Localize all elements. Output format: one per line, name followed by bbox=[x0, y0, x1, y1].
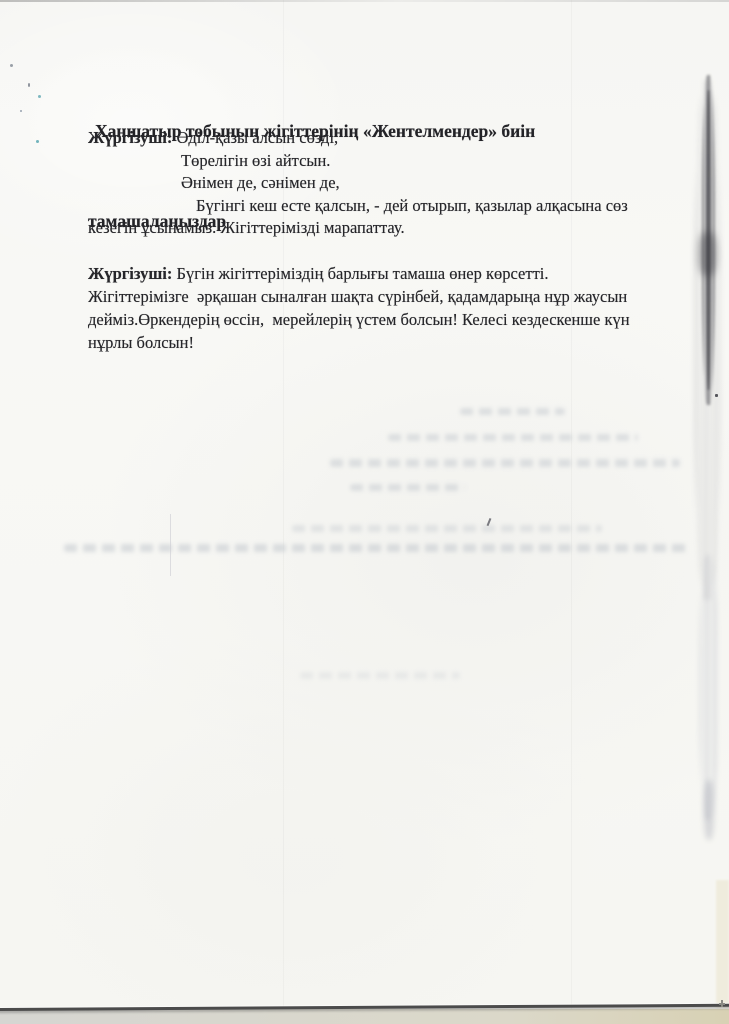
scan-speck bbox=[20, 110, 22, 112]
scanned-document-page: Ханшатыр тобының жігіттерінің «Жентелмен… bbox=[0, 0, 729, 1024]
bleedthrough-artifact bbox=[292, 525, 602, 532]
bleedthrough-artifact bbox=[300, 672, 460, 679]
bleedthrough-artifact bbox=[388, 434, 638, 441]
paragraph-line: Жүргізуші: Бүгін жігіттеріміздің барлығы… bbox=[88, 262, 688, 285]
scanner-background bbox=[0, 1009, 729, 1024]
verse-line: Әнімен де, сәнімен де, bbox=[88, 172, 688, 195]
paragraph-line: Жүргізуші: Әділ-қазы алсын сөзді, bbox=[88, 127, 688, 150]
right-edge-smudge bbox=[699, 232, 716, 276]
right-edge-smudge bbox=[704, 780, 714, 840]
bleedthrough-artifact bbox=[350, 484, 465, 491]
host-closing-paragraph: Жүргізуші: Бүгін жігіттеріміздің барлығы… bbox=[88, 262, 688, 354]
paragraph-opening-text: Бүгін жігіттеріміздің барлығы тамаша өне… bbox=[172, 264, 548, 283]
verse-line: Төрелігін өзі айтсын. bbox=[88, 150, 688, 173]
verse-line: Бүгінгі кеш есте қалсын, - дей отырып, қ… bbox=[88, 195, 688, 218]
paragraph-line: Жігіттерімізге әрқашан сыналған шақта сү… bbox=[88, 285, 688, 308]
speaker-label: Жүргізуші: bbox=[88, 264, 172, 283]
page-edge-tint bbox=[716, 880, 729, 1008]
bleedthrough-artifact bbox=[330, 459, 680, 467]
scan-speck bbox=[721, 1000, 723, 1007]
verse-closing-line: кезегін ұсынамыз. Жігіттерімізді марапат… bbox=[88, 217, 688, 240]
paragraph-line: нұрлы болсын! bbox=[88, 331, 688, 354]
scan-speck bbox=[28, 83, 30, 87]
paper-fold-line bbox=[170, 514, 171, 576]
scan-top-edge bbox=[0, 0, 729, 2]
paragraph-line: дейміз.Өркендерің өссін, мерейлерің үсте… bbox=[88, 308, 688, 331]
scan-speck bbox=[36, 140, 39, 143]
verse-opening-text: Әділ-қазы алсын сөзді, bbox=[172, 128, 338, 147]
speaker-label: Жүргізуші: bbox=[88, 128, 172, 147]
bleedthrough-artifact bbox=[460, 408, 565, 415]
host-verse-paragraph: Жүргізуші: Әділ-қазы алсын сөзді, Төрелі… bbox=[88, 127, 688, 240]
scan-speck bbox=[715, 394, 718, 397]
bleedthrough-artifact bbox=[64, 544, 689, 552]
scan-speck bbox=[38, 95, 41, 98]
scan-speck bbox=[10, 64, 13, 67]
